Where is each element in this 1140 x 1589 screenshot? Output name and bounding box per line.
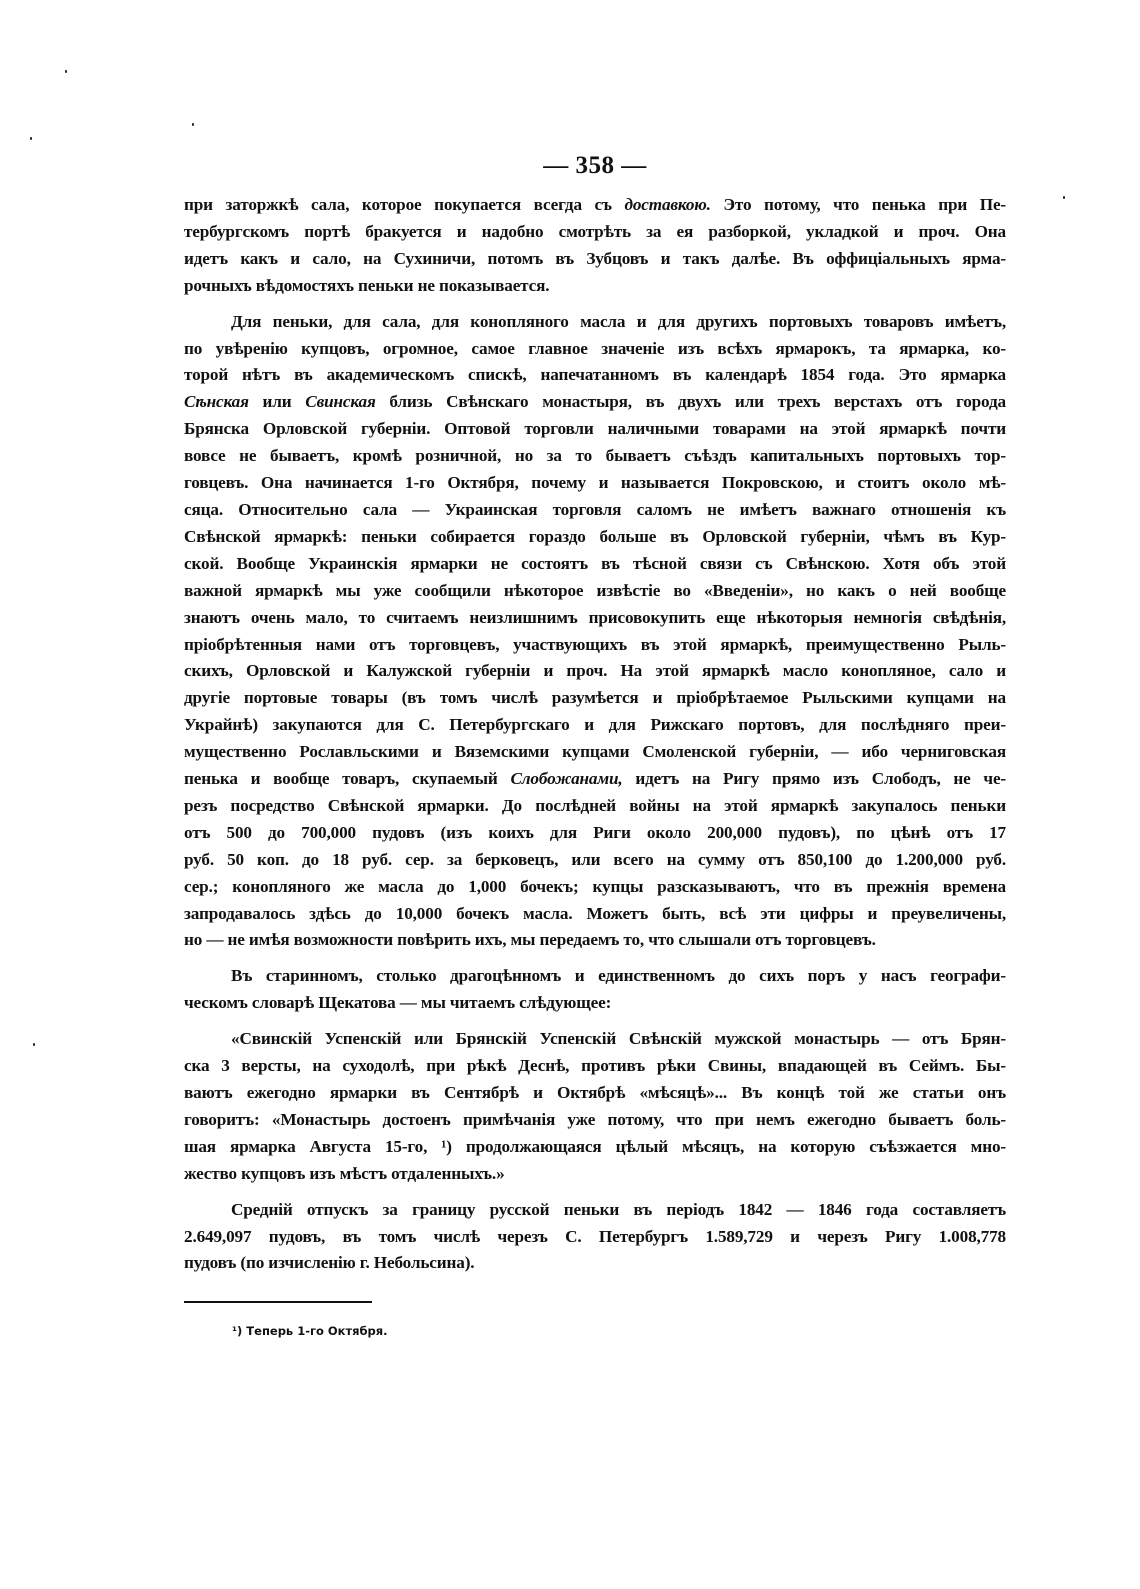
text-run: другіе портовые товары (въ томъ числѣ ра… (184, 688, 1006, 707)
text-line: руб. 50 коп. до 18 руб. сер. за берковец… (184, 847, 1006, 874)
text-line: по увѣренію купцовъ, огромное, самое гла… (184, 336, 1006, 363)
text-line: отъ 500 до 700,000 пудовъ (изъ коихъ для… (184, 820, 1006, 847)
text-line: скихъ, Орловской и Калужской губерніи и … (184, 658, 1006, 685)
paragraph-gap (184, 1017, 1006, 1026)
document-page: — 358 — при заторжкѣ сала, которое покуп… (184, 150, 1006, 1339)
text-line: ческомъ словарѣ Щекатова — мы читаемъ сл… (184, 990, 1006, 1017)
text-run: важной ярмаркѣ мы уже сообщили нѣкоторое… (184, 581, 1006, 600)
paragraph-gap (184, 954, 1006, 963)
text-run: сяца. Относительно сала — Украинская тор… (184, 500, 1006, 519)
paragraph: Въ старинномъ, столько драгоцѣнномъ и ед… (184, 963, 1006, 1017)
text-line: Средній отпускъ за границу русской пеньк… (184, 1197, 1006, 1224)
text-line: жество купцовъ изъ мѣстъ отдаленныхъ.» (184, 1161, 1006, 1188)
text-run: «Свинскій Успенскій или Брянскій Успенск… (231, 1029, 1006, 1048)
text-line: 2.649,097 пудовъ, въ томъ числѣ черезъ С… (184, 1224, 1006, 1251)
footnote-marker: ¹) (232, 1324, 242, 1338)
text-run: Средній отпускъ за границу русской пеньк… (231, 1200, 1006, 1219)
text-run: запродавалось здѣсь до 10,000 бочекъ мас… (184, 904, 1006, 923)
text-line: сер.; конопляного же масла до 1,000 боче… (184, 874, 1006, 901)
text-line: другіе портовые товары (въ томъ числѣ ра… (184, 685, 1006, 712)
text-line: идетъ какъ и сало, на Сухиничи, потомъ в… (184, 246, 1006, 273)
text-run: идетъ на Ригу прямо изъ Слободъ, не че- (623, 769, 1006, 788)
scan-speck (30, 137, 32, 140)
text-run: Это потому, что пенька при Пе- (711, 195, 1006, 214)
text-line: важной ярмаркѣ мы уже сообщили нѣкоторое… (184, 578, 1006, 605)
paragraph: Для пеньки, для сала, для конопляного ма… (184, 309, 1006, 955)
scan-speck (192, 123, 194, 126)
text-run: но — не имѣя возможности повѣрить ихъ, м… (184, 930, 876, 949)
text-line: мущественно Рославльскими и Вяземскими к… (184, 739, 1006, 766)
text-run: пенька и вообще товаръ, скупаемый (184, 769, 510, 788)
paragraph-gap (184, 300, 1006, 309)
text-run: Брянска Орловской губерніи. Оптовой торг… (184, 419, 1006, 438)
text-line: Свѣнской ярмаркѣ: пеньки собирается гора… (184, 524, 1006, 551)
text-run: сер.; конопляного же масла до 1,000 боче… (184, 877, 1006, 896)
text-line: знаютъ очень мало, то считаемъ неизлишни… (184, 605, 1006, 632)
text-line: тербургскомъ портѣ бракуется и надобно с… (184, 219, 1006, 246)
text-run: рочныхъ вѣдомостяхъ пеньки не показывает… (184, 276, 549, 295)
paragraph-gap (184, 1188, 1006, 1197)
scan-speck (1063, 196, 1065, 199)
italic-text-run: Слобожанами, (510, 769, 622, 788)
text-line: Въ старинномъ, столько драгоцѣнномъ и ед… (184, 963, 1006, 990)
text-run: ской. Вообще Украинскія ярмарки не состо… (184, 554, 1006, 573)
text-line: ваютъ ежегодно ярмарки въ Сентябрѣ и Окт… (184, 1080, 1006, 1107)
paragraph: Средній отпускъ за границу русской пеньк… (184, 1197, 1006, 1278)
text-run: Свѣнской ярмаркѣ: пеньки собирается гора… (184, 527, 1006, 546)
text-line: но — не имѣя возможности повѣрить ихъ, м… (184, 927, 1006, 954)
text-run: ваютъ ежегодно ярмарки въ Сентябрѣ и Окт… (184, 1083, 1006, 1102)
scan-speck (65, 70, 67, 73)
text-run: мущественно Рославльскими и Вяземскими к… (184, 742, 1006, 761)
text-line: Брянска Орловской губерніи. Оптовой торг… (184, 416, 1006, 443)
text-run: жество купцовъ изъ мѣстъ отдаленныхъ.» (184, 1164, 505, 1183)
text-run: Для пеньки, для сала, для конопляного ма… (231, 312, 1006, 331)
paragraph: при заторжкѣ сала, которое покупается вс… (184, 192, 1006, 300)
text-run: близь Свѣнскаго монастыря, въ двухъ или … (376, 392, 1006, 411)
text-line: Украйнѣ) закупаются для С. Петербургскаг… (184, 712, 1006, 739)
text-run: говцевъ. Она начинается 1-го Октября, по… (184, 473, 1006, 492)
text-run: знаютъ очень мало, то считаемъ неизлишни… (184, 608, 1006, 627)
footnote-divider (184, 1301, 372, 1303)
text-line: пенька и вообще товаръ, скупаемый Слобож… (184, 766, 1006, 793)
text-line: шая ярмарка Августа 15-го, ¹) продолжающ… (184, 1134, 1006, 1161)
footnote: ¹) Теперь 1-го Октября. (184, 1323, 1006, 1339)
text-line: говоритъ: «Монастырь достоенъ примѣчанія… (184, 1107, 1006, 1134)
paragraph: «Свинскій Успенскій или Брянскій Успенск… (184, 1026, 1006, 1187)
text-line: ска 3 версты, на суходолѣ, при рѣкѣ Десн… (184, 1053, 1006, 1080)
text-run: скихъ, Орловской и Калужской губерніи и … (184, 661, 1006, 680)
text-run: шая ярмарка Августа 15-го, ¹) продолжающ… (184, 1137, 1006, 1156)
text-line: рочныхъ вѣдомостяхъ пеньки не показывает… (184, 273, 1006, 300)
text-line: резъ посредство Свѣнской ярмарки. До пос… (184, 793, 1006, 820)
body-text: при заторжкѣ сала, которое покупается вс… (184, 192, 1006, 1277)
scan-speck (33, 1043, 35, 1046)
text-run: пудовъ (по изчисленію г. Небольсина). (184, 1253, 474, 1272)
text-line: запродавалось здѣсь до 10,000 бочекъ мас… (184, 901, 1006, 928)
text-line: ской. Вообще Украинскія ярмарки не состо… (184, 551, 1006, 578)
text-run: ска 3 версты, на суходолѣ, при рѣкѣ Десн… (184, 1056, 1006, 1075)
text-run: по увѣренію купцовъ, огромное, самое гла… (184, 339, 1006, 358)
text-run: руб. 50 коп. до 18 руб. сер. за берковец… (184, 850, 1006, 869)
text-line: пудовъ (по изчисленію г. Небольсина). (184, 1250, 1006, 1277)
text-run: идетъ какъ и сало, на Сухиничи, потомъ в… (184, 249, 1006, 268)
text-run: резъ посредство Свѣнской ярмарки. До пос… (184, 796, 1006, 815)
text-run: Въ старинномъ, столько драгоцѣнномъ и ед… (231, 966, 1006, 985)
text-line: при заторжкѣ сала, которое покупается вс… (184, 192, 1006, 219)
page-number: — 358 — (184, 150, 1006, 182)
text-run: отъ 500 до 700,000 пудовъ (изъ коихъ для… (184, 823, 1006, 842)
italic-text-run: Свинская (305, 392, 375, 411)
text-line: «Свинскій Успенскій или Брянскій Успенск… (184, 1026, 1006, 1053)
text-run: 2.649,097 пудовъ, въ томъ числѣ черезъ С… (184, 1227, 1006, 1246)
text-line: торой нѣтъ въ академическомъ спискѣ, нап… (184, 362, 1006, 389)
text-run: торой нѣтъ въ академическомъ спискѣ, нап… (184, 365, 1006, 384)
text-line: пріобрѣтенныя нами отъ торговцевъ, участ… (184, 632, 1006, 659)
text-line: Для пеньки, для сала, для конопляного ма… (184, 309, 1006, 336)
text-line: вовсе не бываетъ, кромѣ розничной, но за… (184, 443, 1006, 470)
text-run: вовсе не бываетъ, кромѣ розничной, но за… (184, 446, 1006, 465)
text-run: Украйнѣ) закупаются для С. Петербургскаг… (184, 715, 1006, 734)
text-run: ческомъ словарѣ Щекатова — мы читаемъ сл… (184, 993, 611, 1012)
text-run: при заторжкѣ сала, которое покупается вс… (184, 195, 624, 214)
text-line: Сѣнская или Свинская близь Свѣнскаго мон… (184, 389, 1006, 416)
text-line: сяца. Относительно сала — Украинская тор… (184, 497, 1006, 524)
text-run: или (249, 392, 305, 411)
text-line: говцевъ. Она начинается 1-го Октября, по… (184, 470, 1006, 497)
text-run: тербургскомъ портѣ бракуется и надобно с… (184, 222, 1006, 241)
text-run: говоритъ: «Монастырь достоенъ примѣчанія… (184, 1110, 1006, 1129)
footnote-text: Теперь 1-го Октября. (242, 1324, 387, 1338)
text-run: пріобрѣтенныя нами отъ торговцевъ, участ… (184, 635, 1006, 654)
italic-text-run: доставкою. (624, 195, 710, 214)
italic-text-run: Сѣнская (184, 392, 249, 411)
